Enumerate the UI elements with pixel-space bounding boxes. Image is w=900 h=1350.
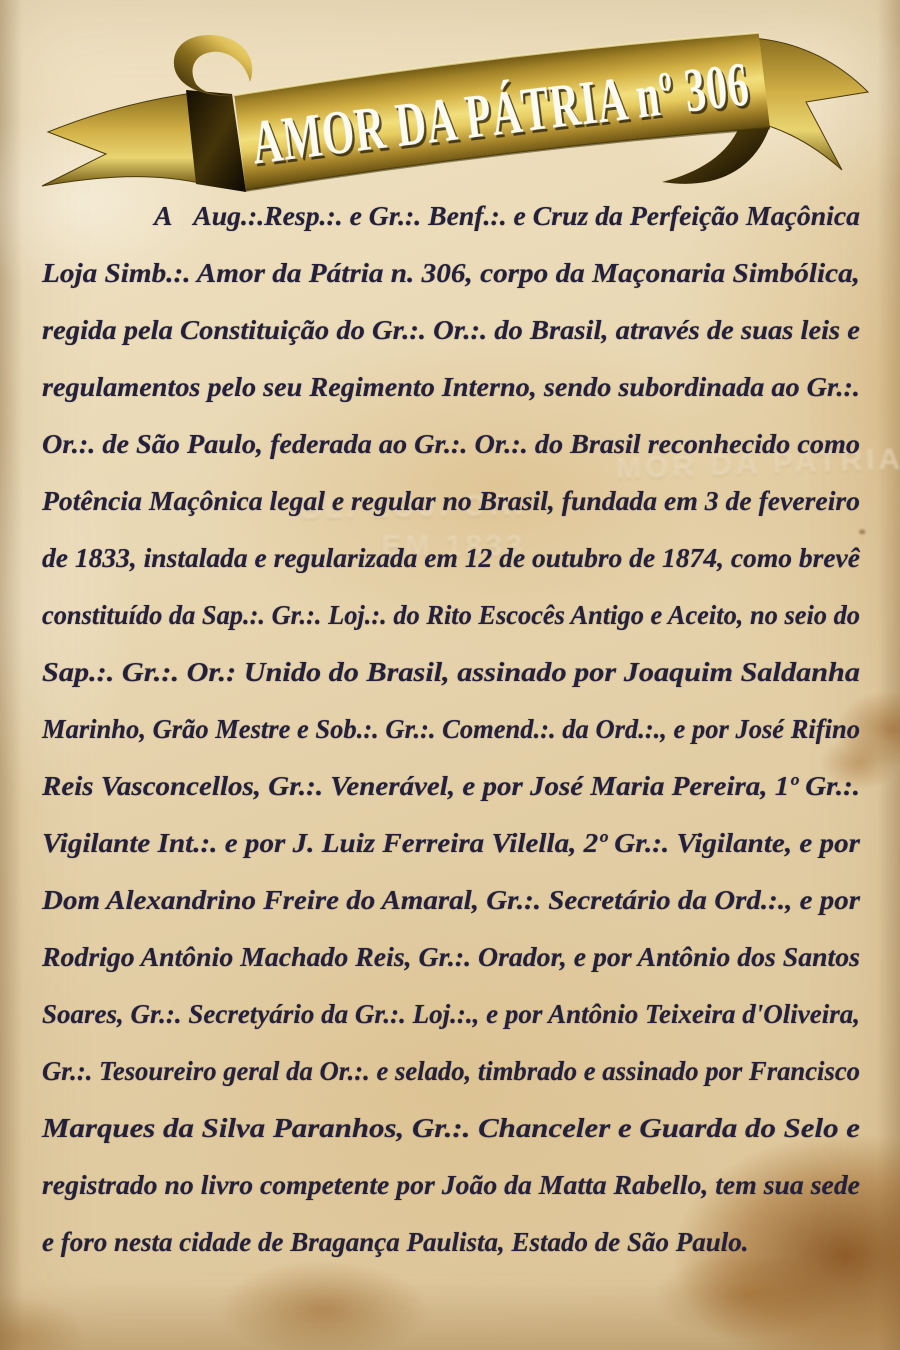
text-line: regida pela Constituição do Gr.:. Or.:. …	[42, 302, 860, 359]
text-line: regulamentos pelo seu Regimento Interno,…	[42, 359, 860, 416]
text-line: de 1833, instalada e regularizada em 12 …	[42, 530, 860, 587]
text-line: Marinho, Grão Mestre e Sob.:. Gr.:. Come…	[42, 701, 860, 758]
text-line: A Aug.:.Resp.:. e Gr.:. Benf.:. e Cruz d…	[42, 188, 860, 245]
text-line: registrado no livro competente por João …	[42, 1157, 860, 1214]
text-line: Sap.:. Gr.:. Or.: Unido do Brasil, assin…	[42, 644, 860, 701]
text-line: Gr.:. Tesoureiro geral da Or.:. e selado…	[42, 1043, 860, 1100]
text-line: Potência Maçônica legal e regular no Bra…	[42, 473, 860, 530]
text-line: Or.:. de São Paulo, federada ao Gr.:. Or…	[42, 416, 860, 473]
text-line: Reis Vasconcellos, Gr.:. Venerável, e po…	[42, 758, 860, 815]
text-line: constituído da Sap.:. Gr.:. Loj.:. do Ri…	[42, 587, 860, 644]
text-line: Dom Alexandrino Freire do Amaral, Gr.:. …	[42, 872, 860, 929]
text-line: Rodrigo Antônio Machado Reis, Gr.:. Orad…	[42, 929, 860, 986]
parchment-page: AMOR DA PÁTRIA nº 306 MOR DA PATRIA BL. …	[0, 0, 900, 1350]
ribbon-left-curl	[174, 35, 252, 96]
text-line: Marques da Silva Paranhos, Gr.:. Chancel…	[42, 1100, 860, 1157]
document-text: A Aug.:.Resp.:. e Gr.:. Benf.:. e Cruz d…	[42, 188, 860, 1271]
text-line: Soares, Gr.:. Secretyário da Gr.:. Loj.:…	[42, 986, 860, 1043]
text-line: Loja Simb.:. Amor da Pátria n. 306, corp…	[42, 245, 860, 302]
text-line: e foro nesta cidade de Bragança Paulista…	[42, 1214, 860, 1271]
ribbon-left-tail	[42, 92, 204, 186]
text-line: Vigilante Int.:. e por J. Luiz Ferreira …	[42, 815, 860, 872]
